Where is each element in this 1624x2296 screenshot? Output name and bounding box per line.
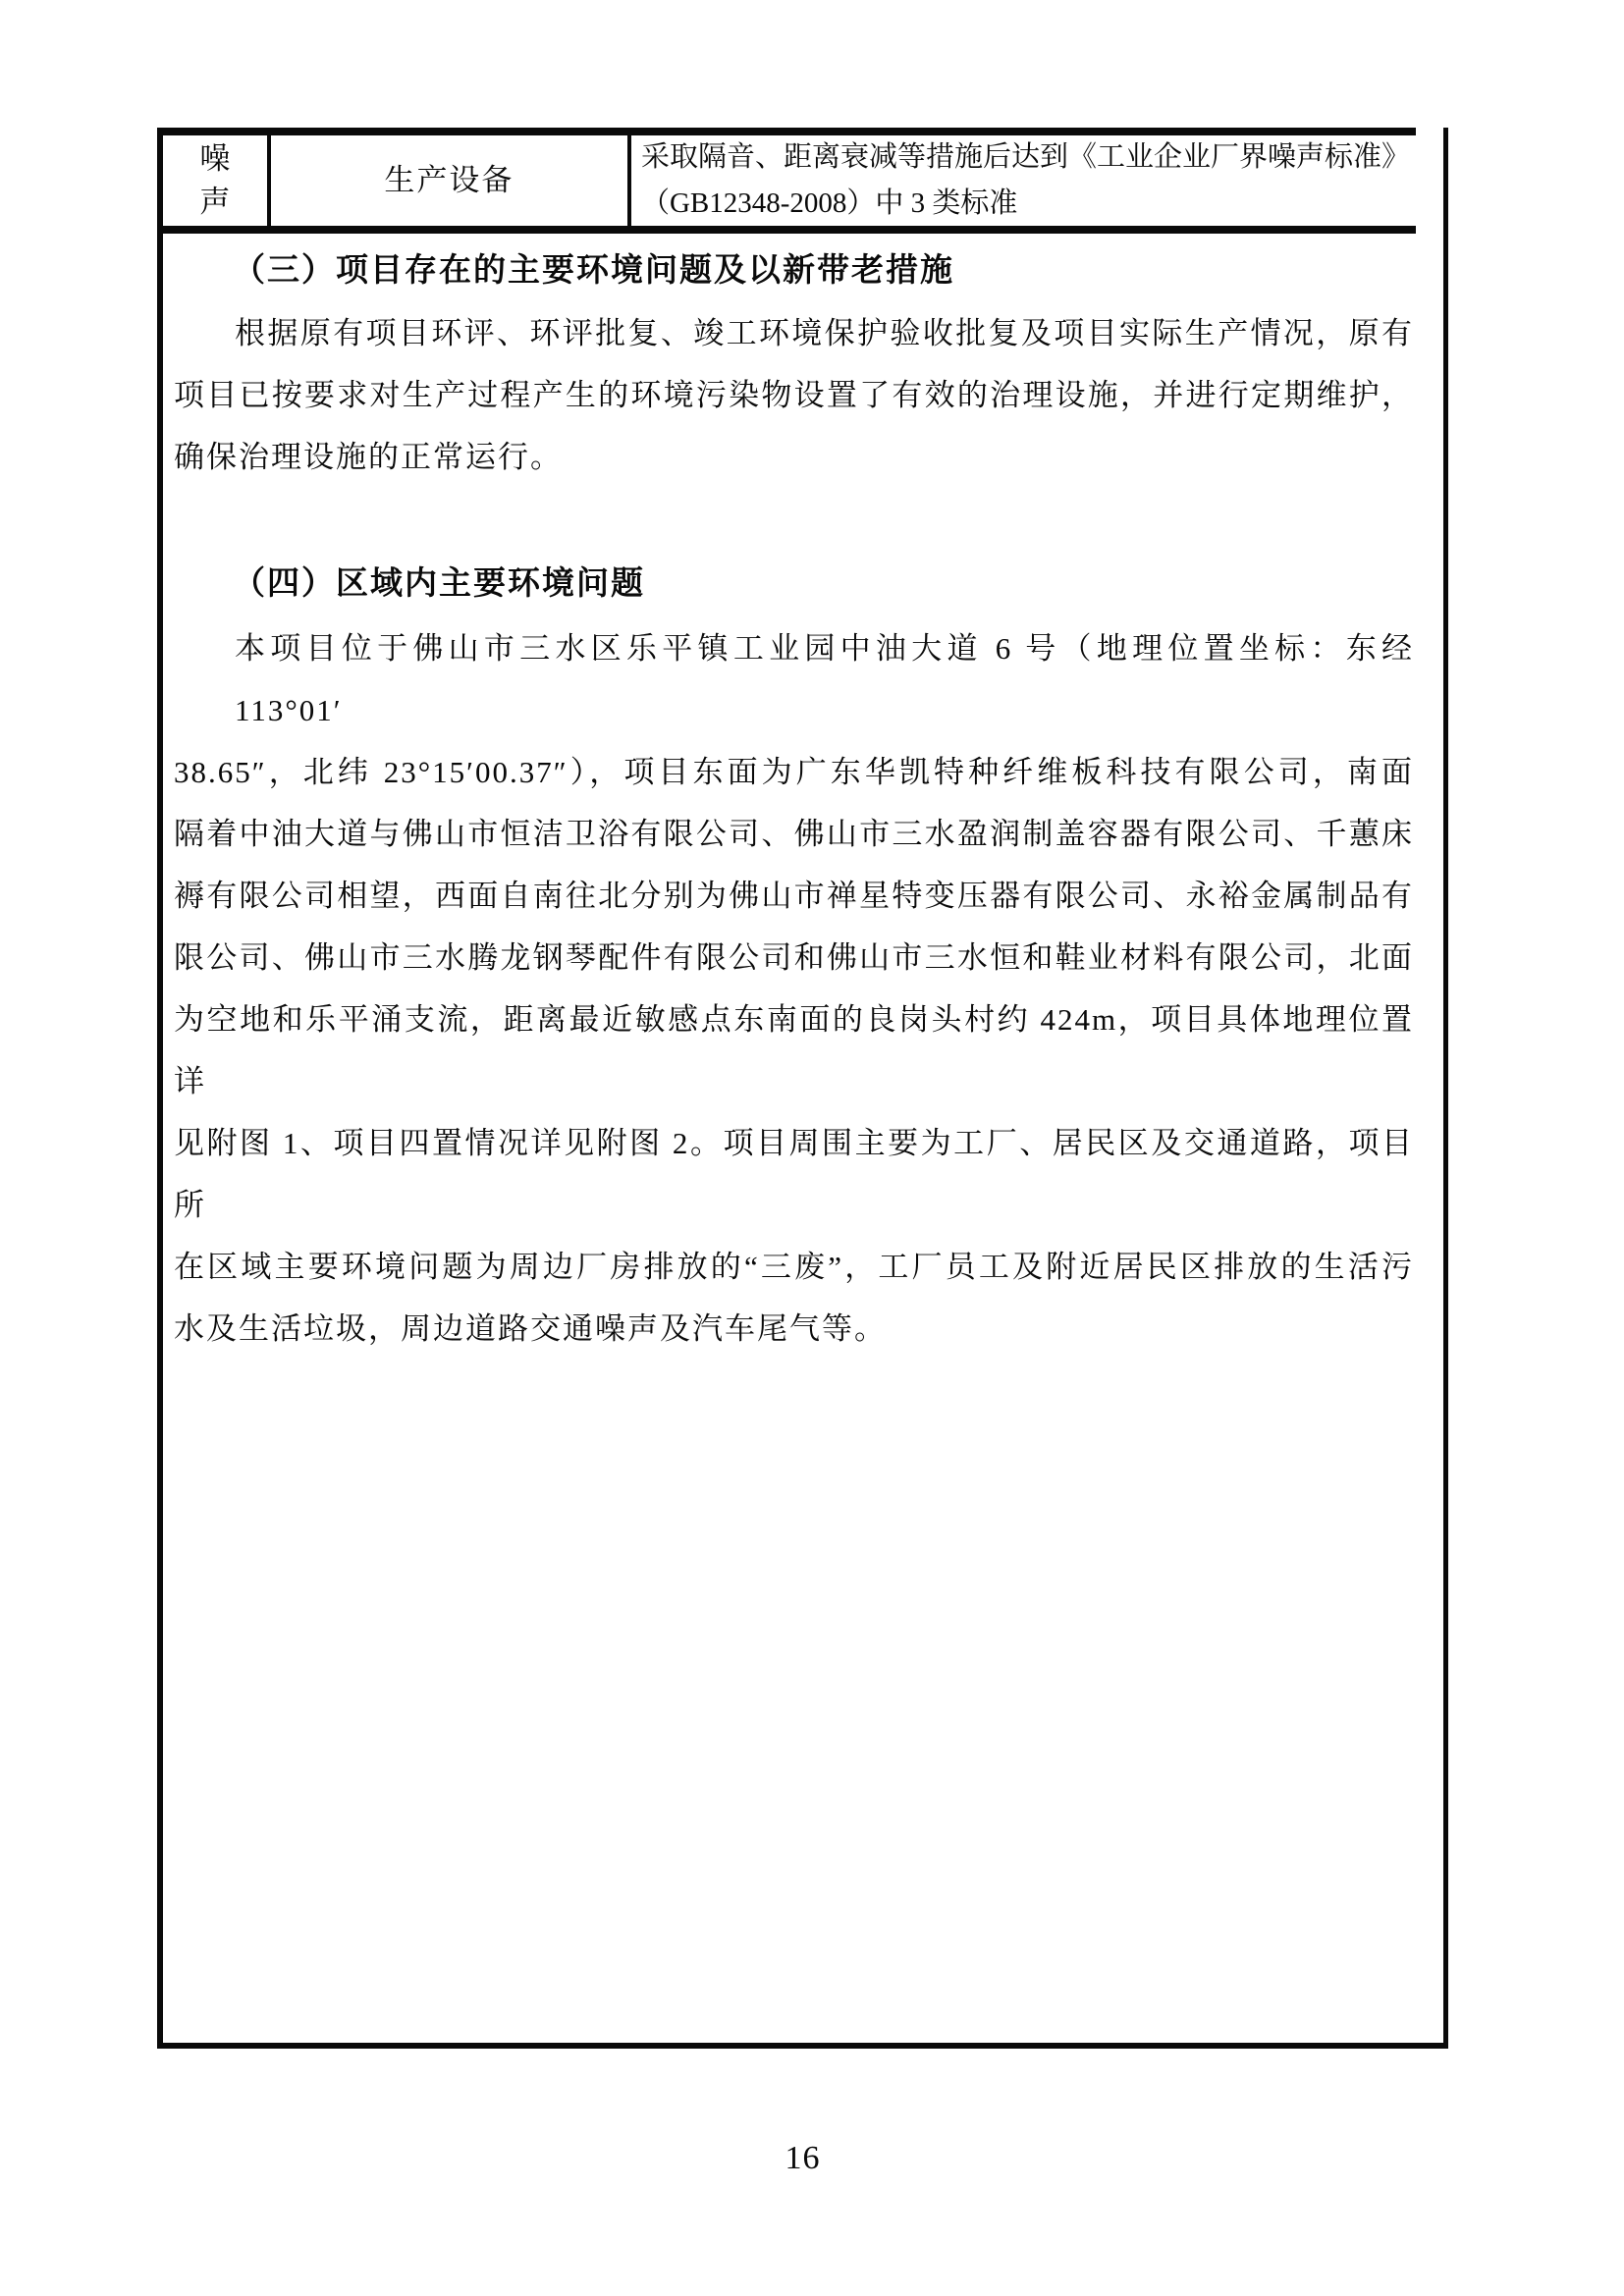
noise-category-label: 生产设备	[384, 159, 514, 202]
document-page: 噪声 生产设备 采取隔音、距离衰减等措施后达到《工业企业厂界噪声标准》 （GB1…	[0, 0, 1624, 2296]
noise-row-label-cell: 噪声	[163, 135, 267, 226]
paragraph-line: 褥有限公司相望，西面自南往北分别为佛山市禅星特变压器有限公司、永裕金属制品有	[174, 865, 1414, 927]
paragraph-line: 38.65″，北纬 23°15′00.37″），项目东面为广东华凯特种纤维板科技…	[174, 741, 1414, 803]
paragraph-line: 确保治理设施的正常运行。	[174, 426, 1414, 488]
noise-category-cell: 生产设备	[267, 135, 627, 226]
paragraph-line: 项目已按要求对生产过程产生的环境污染物设置了有效的治理设施，并进行定期维护，	[174, 364, 1414, 426]
paragraph-line: 水及生活垃圾，周边道路交通噪声及汽车尾气等。	[174, 1298, 1414, 1360]
paragraph-line: 在区域主要环境问题为周边厂房排放的“三废”，工厂员工及附近居民区排放的生活污	[174, 1236, 1414, 1298]
noise-measure-line-1: 采取隔音、距离衰减等措施后达到《工业企业厂界噪声标准》	[641, 134, 1410, 181]
paragraph-line: 根据原有项目环评、环评批复、竣工环境保护验收批复及项目实际生产情况，原有	[174, 302, 1414, 364]
page-number: 16	[157, 2140, 1448, 2177]
noise-measure-cell: 采取隔音、距离衰减等措施后达到《工业企业厂界噪声标准》 （GB12348-200…	[627, 135, 1416, 226]
paragraph-line: 隔着中油大道与佛山市恒洁卫浴有限公司、佛山市三水盈润制盖容器有限公司、千蕙床	[174, 803, 1414, 865]
document-border-box: 噪声 生产设备 采取隔音、距离衰减等措施后达到《工业企业厂界噪声标准》 （GB1…	[157, 128, 1448, 2049]
section-3-paragraph: 根据原有项目环评、环评批复、竣工环境保护验收批复及项目实际生产情况，原有 项目已…	[174, 302, 1414, 488]
section-4-heading: （四）区域内主要环境问题	[233, 554, 645, 615]
noise-table-row: 噪声 生产设备 采取隔音、距离衰减等措施后达到《工业企业厂界噪声标准》 （GB1…	[163, 128, 1416, 234]
paragraph-line: 限公司、佛山市三水腾龙钢琴配件有限公司和佛山市三水恒和鞋业材料有限公司，北面	[174, 927, 1414, 988]
section-4-paragraph: 本项目位于佛山市三水区乐平镇工业园中油大道 6 号（地理位置坐标：东经 113°…	[174, 617, 1414, 1360]
paragraph-line: 本项目位于佛山市三水区乐平镇工业园中油大道 6 号（地理位置坐标：东经 113°…	[174, 617, 1414, 741]
noise-row-label: 噪声	[197, 137, 233, 224]
paragraph-line: 为空地和乐平涌支流，距离最近敏感点东南面的良岗头村约 424m，项目具体地理位置…	[174, 988, 1414, 1112]
paragraph-line: 见附图 1、项目四置情况详见附图 2。项目周围主要为工厂、居民区及交通道路，项目…	[174, 1112, 1414, 1236]
section-3-heading: （三）项目存在的主要环境问题及以新带老措施	[233, 240, 954, 302]
noise-measure-line-2: （GB12348-2008）中 3 类标准	[641, 181, 1017, 227]
